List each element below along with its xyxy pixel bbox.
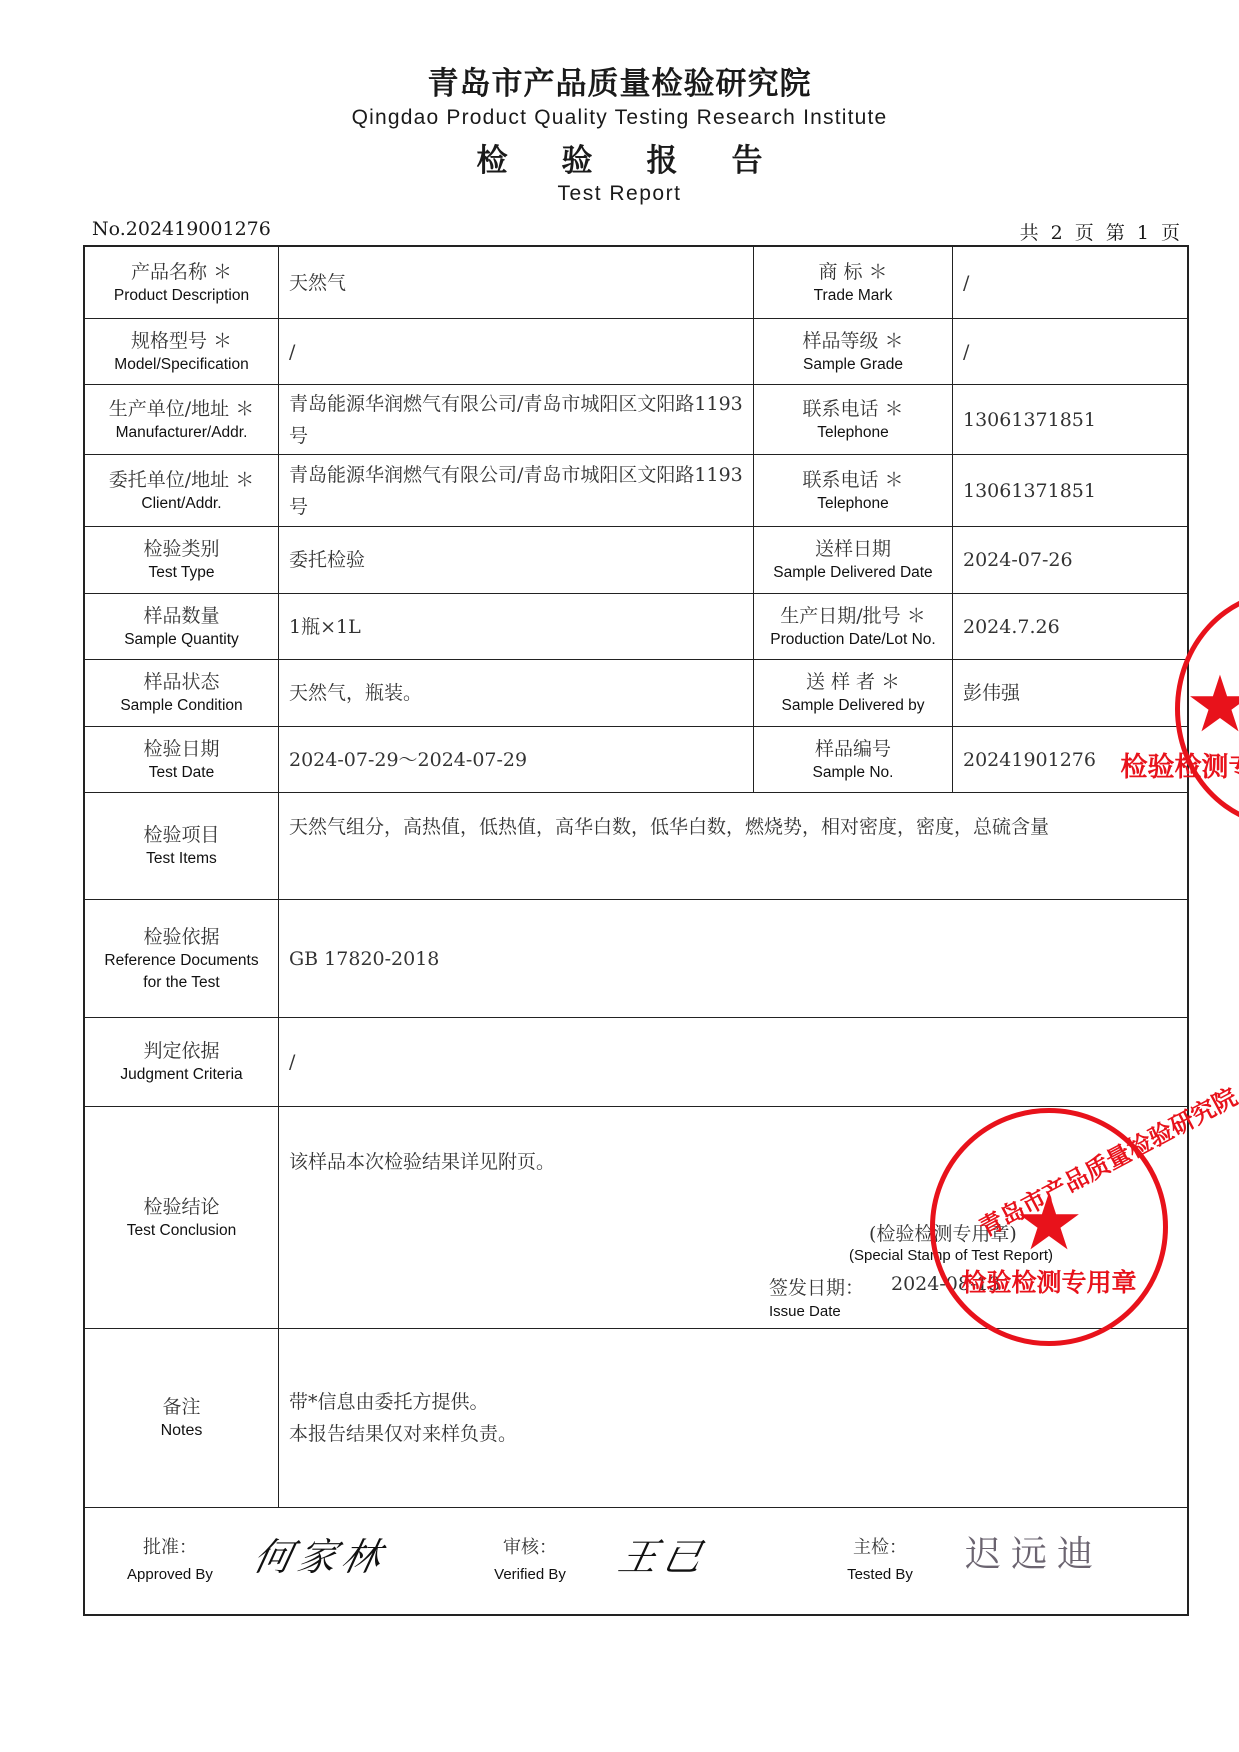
label-en: Test Items (146, 848, 217, 870)
label-judgment-criteria: 判定依据 Judgment Criteria (85, 1018, 279, 1107)
approved-signature: 何家林 (249, 1526, 393, 1581)
approved-label-cn: 批准： (115, 1534, 225, 1562)
label-en: Telephone (817, 493, 889, 515)
label-cn: 检验项目 (143, 822, 219, 848)
label-en: Manufacturer/Addr. (116, 422, 248, 444)
notes-line: 本报告结果仅对来样负责。 (289, 1418, 1187, 1450)
label-cn: 商 标 ＊ (818, 259, 887, 285)
tested-by: 主检： Tested By (840, 1534, 920, 1588)
label-manufacturer: 生产单位/地址 ＊ Manufacturer/Addr. (85, 385, 279, 455)
stamp-note-en: (Special Stamp of Test Report) (849, 1247, 1053, 1264)
report-title-cn: 检验报告 (0, 135, 1239, 180)
label-cn: 检验日期 (143, 736, 219, 762)
value-sample-delivered-date: 2024-07-26 (953, 527, 1187, 594)
verified-label-cn: 审核： (485, 1534, 575, 1562)
label-en: Production Date/Lot No. (770, 629, 935, 651)
report-table: 产品名称 ＊ Product Description 天然气 商 标 ＊ Tra… (83, 245, 1189, 1616)
label-client: 委托单位/地址 ＊ Client/Addr. (85, 455, 279, 527)
label-en: Sample Condition (120, 695, 242, 717)
value-sample-delivered-by: 彭伟强 (953, 660, 1187, 727)
tested-label-en: Tested By (840, 1562, 920, 1588)
value-client: 青岛能源华润燃气有限公司/青岛市城阳区文阳路1193号 (279, 455, 754, 527)
value-sample-quantity: 1瓶×1L (279, 594, 754, 660)
report-title-char: 报 (647, 135, 678, 180)
label-en: Model/Specification (114, 354, 248, 376)
label-en: Sample No. (813, 762, 894, 784)
issue-date-value: 2024-08-13 (891, 1273, 1001, 1295)
label-cn: 联系电话 ＊ (802, 467, 903, 493)
label-en: Sample Quantity (124, 629, 239, 651)
label-en: Trade Mark (814, 285, 893, 307)
label-en: Test Date (149, 762, 214, 784)
label-cn: 委托单位/地址 ＊ (109, 467, 254, 493)
label-cn: 产品名称 ＊ (131, 259, 232, 285)
label-cn: 规格型号 ＊ (131, 328, 232, 354)
value-trade-mark: / (953, 247, 1187, 319)
issue-date-label-cn: 签发日期： (769, 1273, 864, 1300)
label-cn: 送样日期 (815, 536, 891, 562)
label-test-items: 检验项目 Test Items (85, 793, 279, 900)
value-test-type: 委托检验 (279, 527, 754, 594)
report-title-en: Test Report (0, 182, 1239, 206)
label-cn: 样品等级 ＊ (802, 328, 903, 354)
org-title-cn: 青岛市产品质量检验研究院 (0, 58, 1239, 103)
value-manufacturer-telephone: 13061371851 (953, 385, 1187, 455)
label-product-description: 产品名称 ＊ Product Description (85, 247, 279, 319)
label-en: Product Description (114, 285, 249, 307)
label-cn: 检验依据 (143, 924, 219, 950)
conclusion-text: 该样品本次检验结果详见附页。 (289, 1147, 555, 1174)
value-manufacturer: 青岛能源华润燃气有限公司/青岛市城阳区文阳路1193号 (279, 385, 754, 455)
tested-signature: 迟远迪 (965, 1526, 1103, 1577)
value-production-date: 2024.7.26 (953, 594, 1187, 660)
label-cn: 备注 (162, 1394, 200, 1420)
label-manufacturer-telephone: 联系电话 ＊ Telephone (754, 385, 953, 455)
label-en: Judgment Criteria (120, 1064, 242, 1086)
report-title-char: 检 (477, 135, 508, 180)
label-cn: 联系电话 ＊ (802, 396, 903, 422)
label-en: Notes (161, 1420, 203, 1442)
verified-label-en: Verified By (485, 1562, 575, 1588)
signature-row: 批准： Approved By 何家林 审核： Verified By 王已 主… (85, 1508, 1187, 1616)
label-cn: 样品数量 (143, 603, 219, 629)
value-test-conclusion: 该样品本次检验结果详见附页。 (检验检测专用章) (Special Stamp … (279, 1107, 1187, 1329)
label-sample-quantity: 样品数量 Sample Quantity (85, 594, 279, 660)
value-test-date: 2024-07-29～2024-07-29 (279, 727, 754, 793)
label-sample-condition: 样品状态 Sample Condition (85, 660, 279, 727)
page-info: 共 2 页 第 1 页 (1000, 218, 1180, 245)
label-cn: 样品编号 (815, 736, 891, 762)
label-en: Client/Addr. (141, 493, 221, 515)
label-reference-documents: 检验依据 Reference Documents for the Test (85, 900, 279, 1018)
value-model-specification: / (279, 319, 754, 385)
label-cn: 检验结论 (143, 1194, 219, 1220)
label-cn: 生产单位/地址 ＊ (109, 396, 254, 422)
value-sample-no: 20241901276 (953, 727, 1187, 793)
label-sample-delivered-by: 送 样 者 ＊ Sample Delivered by (754, 660, 953, 727)
label-en: Reference Documents (104, 950, 258, 972)
issue-date-label-en: Issue Date (769, 1303, 841, 1320)
label-en: Sample Grade (803, 354, 903, 376)
report-title-char: 验 (562, 135, 593, 180)
verified-by: 审核： Verified By (485, 1534, 575, 1588)
label-test-date: 检验日期 Test Date (85, 727, 279, 793)
label-production-date: 生产日期/批号 ＊ Production Date/Lot No. (754, 594, 953, 660)
star-icon: ★ (1185, 666, 1239, 744)
report-number: No.202419001276 (92, 218, 271, 240)
label-en: Sample Delivered by (781, 695, 924, 717)
label-test-type: 检验类别 Test Type (85, 527, 279, 594)
label-cn: 送 样 者 ＊ (806, 669, 900, 695)
label-en: for the Test (143, 972, 219, 994)
value-sample-grade: / (953, 319, 1187, 385)
label-sample-no: 样品编号 Sample No. (754, 727, 953, 793)
value-reference-documents: GB 17820-2018 (279, 900, 1187, 1018)
approved-by: 批准： Approved By (115, 1534, 225, 1588)
notes-line: 带*信息由委托方提供。 (289, 1386, 1187, 1418)
value-client-telephone: 13061371851 (953, 455, 1187, 527)
label-sample-delivered-date: 送样日期 Sample Delivered Date (754, 527, 953, 594)
value-notes: 带*信息由委托方提供。 本报告结果仅对来样负责。 (279, 1329, 1187, 1508)
label-sample-grade: 样品等级 ＊ Sample Grade (754, 319, 953, 385)
label-en: Test Conclusion (127, 1220, 236, 1242)
label-cn: 生产日期/批号 ＊ (780, 603, 925, 629)
approved-label-en: Approved By (115, 1562, 225, 1588)
label-en: Telephone (817, 422, 889, 444)
report-title-char: 告 (732, 135, 763, 180)
label-en: Test Type (148, 562, 214, 584)
verified-signature: 王已 (614, 1526, 714, 1581)
label-test-conclusion: 检验结论 Test Conclusion (85, 1107, 279, 1329)
value-sample-condition: 天然气，瓶装。 (279, 660, 754, 727)
org-title-en: Qingdao Product Quality Testing Research… (0, 106, 1239, 130)
stamp-note-cn: (检验检测专用章) (869, 1219, 1017, 1246)
label-en: Sample Delivered Date (773, 562, 932, 584)
value-product-description: 天然气 (279, 247, 754, 319)
label-cn: 检验类别 (143, 536, 219, 562)
label-model-specification: 规格型号 ＊ Model/Specification (85, 319, 279, 385)
value-test-items: 天然气组分，高热值，低热值，高华白数，低华白数，燃烧势，相对密度，密度，总硫含量 (279, 793, 1187, 900)
label-cn: 样品状态 (143, 669, 219, 695)
value-judgment-criteria: / (279, 1018, 1187, 1107)
label-client-telephone: 联系电话 ＊ Telephone (754, 455, 953, 527)
tested-label-cn: 主检： (840, 1534, 920, 1562)
label-trade-mark: 商 标 ＊ Trade Mark (754, 247, 953, 319)
label-cn: 判定依据 (143, 1038, 219, 1064)
label-notes: 备注 Notes (85, 1329, 279, 1508)
